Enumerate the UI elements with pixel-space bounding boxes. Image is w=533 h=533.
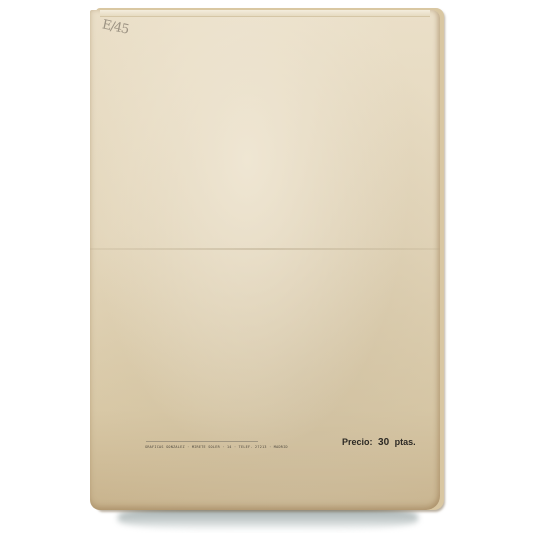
imprint-rule: [146, 441, 258, 442]
price-unit: ptas.: [395, 437, 416, 447]
price-amount: 30: [378, 437, 389, 448]
price-prefix: Precio:: [342, 437, 373, 447]
printer-imprint: GRAFICAS GONZALEZ · MIRETE SOLER · 14 · …: [145, 445, 288, 449]
horizontal-crease: [90, 248, 440, 250]
price-label: Precio: 30 ptas.: [342, 437, 416, 448]
pencil-annotation: E/45: [101, 17, 130, 37]
top-fold-edge: [100, 10, 430, 17]
book-back-cover: E/45 GRAFICAS GONZALEZ · MIRETE SOLER · …: [90, 10, 440, 510]
